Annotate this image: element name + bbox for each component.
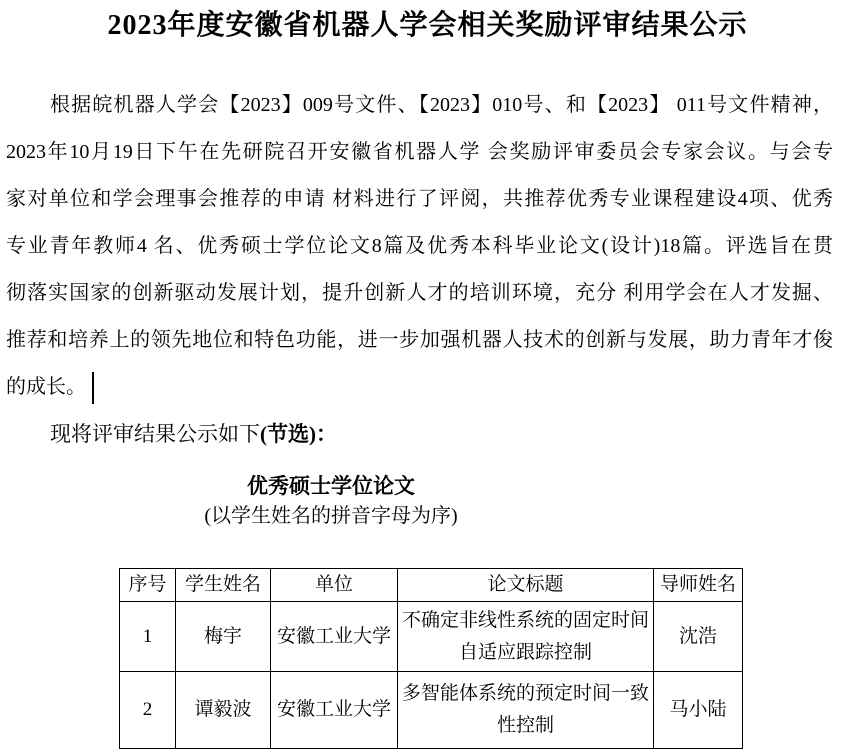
intro-line-6: 推荐和培养上的领先地位和特色功能，进一步加强机器人技术的创新与发展，助力青年才俊 <box>6 317 833 364</box>
cell-unit: 安徽工业大学 <box>271 602 398 672</box>
section-block: 优秀硕士学位论文 (以学生姓名的拼音字母为序) <box>0 471 662 531</box>
table-row: 1 梅宇 安徽工业大学 不确定非线性系统的固定时间自适应跟踪控制 沈浩 <box>120 602 743 672</box>
table-row: 2 谭毅波 安徽工业大学 多智能体系统的预定时间一致性控制 马小陆 <box>120 672 743 749</box>
text-cursor <box>92 372 94 404</box>
intro-line-5: 彻落实国家的创新驱动发展计划，提升创新人才的培训环境，充分 利用学会在人才发掘、 <box>6 270 833 317</box>
section-heading: 优秀硕士学位论文 <box>0 471 662 501</box>
col-header-thesis-title: 论文标题 <box>398 569 654 602</box>
intro-line-1: 根据皖机器人学会【2023】009号文件、【2023】010号、和【2023】 … <box>6 82 833 129</box>
table-header-row: 序号 学生姓名 单位 论文标题 导师姓名 <box>120 569 743 602</box>
cell-student: 谭毅波 <box>176 672 271 749</box>
col-header-advisor: 导师姓名 <box>654 569 743 602</box>
intro-line-7-text: 的成长。 <box>6 376 86 398</box>
col-header-unit: 单位 <box>271 569 398 602</box>
cell-thesis-title: 多智能体系统的预定时间一致性控制 <box>398 672 654 749</box>
intro-line-4: 专业青年教师4 名、优秀硕士学位论文8篇及优秀本科毕业论文(设计)18篇。评选旨… <box>6 223 833 270</box>
intro-line-2: 2023年10月19日下午在先研院召开安徽省机器人学 会奖励评审委员会专家会议。… <box>6 129 833 176</box>
intro-line-3: 家对单位和学会理事会推荐的申请 材料进行了评阅，共推荐优秀专业课程建设4项、优秀 <box>6 176 833 223</box>
cell-unit: 安徽工业大学 <box>271 672 398 749</box>
cell-advisor: 沈浩 <box>654 602 743 672</box>
intro-paragraph: 根据皖机器人学会【2023】009号文件、【2023】010号、和【2023】 … <box>6 82 833 411</box>
cell-student: 梅宇 <box>176 602 271 672</box>
announcement-text: 现将评审结果公示如下 <box>50 422 260 446</box>
section-subtitle: (以学生姓名的拼音字母为序) <box>0 501 662 531</box>
cell-no: 1 <box>120 602 176 672</box>
document-page[interactable]: 2023年度安徽省机器人学会相关奖励评审结果公示 根据皖机器人学会【2023】0… <box>0 8 855 754</box>
cell-no: 2 <box>120 672 176 749</box>
intro-line-7: 的成长。 <box>6 364 833 411</box>
announcement-excerpt-label: (节选)： <box>260 422 337 446</box>
announcement-line: 现将评审结果公示如下(节选)： <box>6 419 833 449</box>
col-header-student: 学生姓名 <box>176 569 271 602</box>
document-title: 2023年度安徽省机器人学会相关奖励评审结果公示 <box>0 8 855 44</box>
cell-thesis-title: 不确定非线性系统的固定时间自适应跟踪控制 <box>398 602 654 672</box>
cell-advisor: 马小陆 <box>654 672 743 749</box>
col-header-no: 序号 <box>120 569 176 602</box>
awards-table: 序号 学生姓名 单位 论文标题 导师姓名 1 梅宇 安徽工业大学 不确定非线性系… <box>119 568 743 749</box>
